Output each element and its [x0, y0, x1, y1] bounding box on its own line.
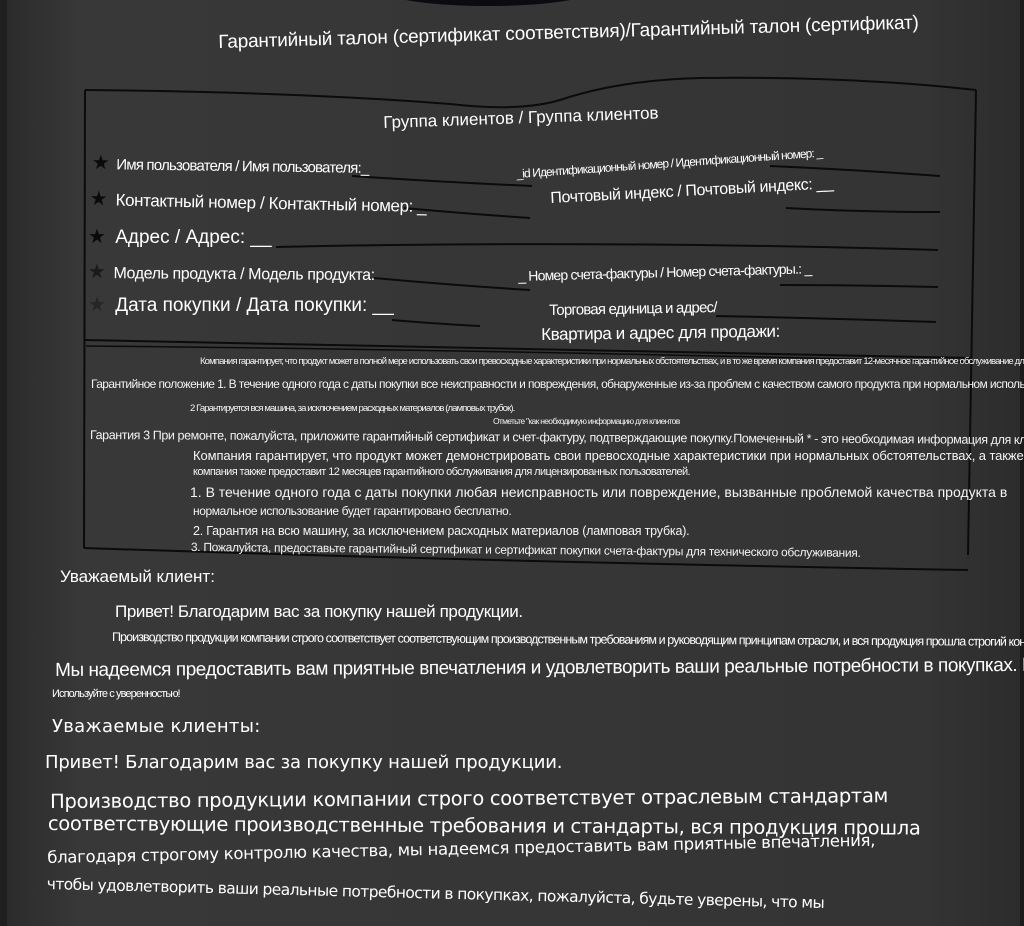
letter1-closing: Используйте с уверенностью! [52, 688, 180, 700]
terms-fine-4: Отметьте "как необходимую информацию для… [493, 416, 680, 426]
field-contact-number-label: Контактный номер / Контактный номер: _ [115, 191, 426, 217]
terms-fine-2: Гарантийное положение 1. В течение одног… [91, 377, 1024, 391]
terms-fine-3: 2 Гарантируется вся машина, за исключени… [190, 403, 514, 414]
field-sales-address-label: Квартира и адрес для продажи: [541, 322, 780, 344]
letter2-hello: Привет! Благодарим вас за покупку нашей … [45, 752, 562, 773]
field-sales-unit[interactable]: Торговая единица и адрес/ [549, 299, 717, 319]
terms-item-2: 2. Гарантия на всю машину, за исключение… [193, 524, 689, 538]
field-sales-address: Квартира и адрес для продажи: [541, 322, 780, 345]
field-purchase-date-label: Дата покупки / Дата покупки: __ [115, 295, 393, 316]
star-icon: ★ [88, 261, 106, 283]
letter2-greeting: Уважаемые клиенты: [52, 716, 261, 737]
field-sales-unit-label: Торговая единица и адрес/ [549, 299, 717, 319]
letter1-hello: Привет! Благодарим вас за покупку нашей … [115, 602, 523, 622]
terms-intro-1: Компания гарантирует, что продукт может … [193, 448, 1024, 463]
field-username[interactable]: ★ Имя пользователя / Имя пользователя:_ [92, 150, 369, 179]
terms-fine-1: Компания гарантирует, что продукт может … [200, 356, 1024, 367]
field-product-model-label: Модель продукта / Модель продукта: [113, 265, 374, 284]
star-icon: ★ [92, 152, 109, 174]
letter1-greeting: Уважаемый клиент: [60, 567, 215, 587]
warranty-card-photo: Гарантийный талон (сертификат соответств… [0, 0, 1024, 926]
terms-item-1a: 1. В течение одного года с даты покупки … [190, 484, 1007, 500]
star-icon: ★ [88, 226, 106, 248]
terms-item-1b: нормальное использование будет гарантиро… [193, 504, 511, 518]
field-username-label: Имя пользователя / Имя пользователя:_ [116, 156, 368, 177]
field-address-label: Адрес / Адрес: __ [115, 227, 271, 248]
terms-intro-2: компания также предоставит 12 месяцев га… [193, 466, 690, 478]
field-purchase-date[interactable]: ★ Дата покупки / Дата покупки: __ [88, 292, 394, 317]
star-icon: ★ [89, 188, 107, 210]
field-address[interactable]: ★ Адрес / Адрес: __ [88, 224, 272, 249]
field-product-model[interactable]: ★ Модель продукта / Модель продукта: [88, 259, 375, 286]
star-icon: ★ [88, 294, 106, 316]
